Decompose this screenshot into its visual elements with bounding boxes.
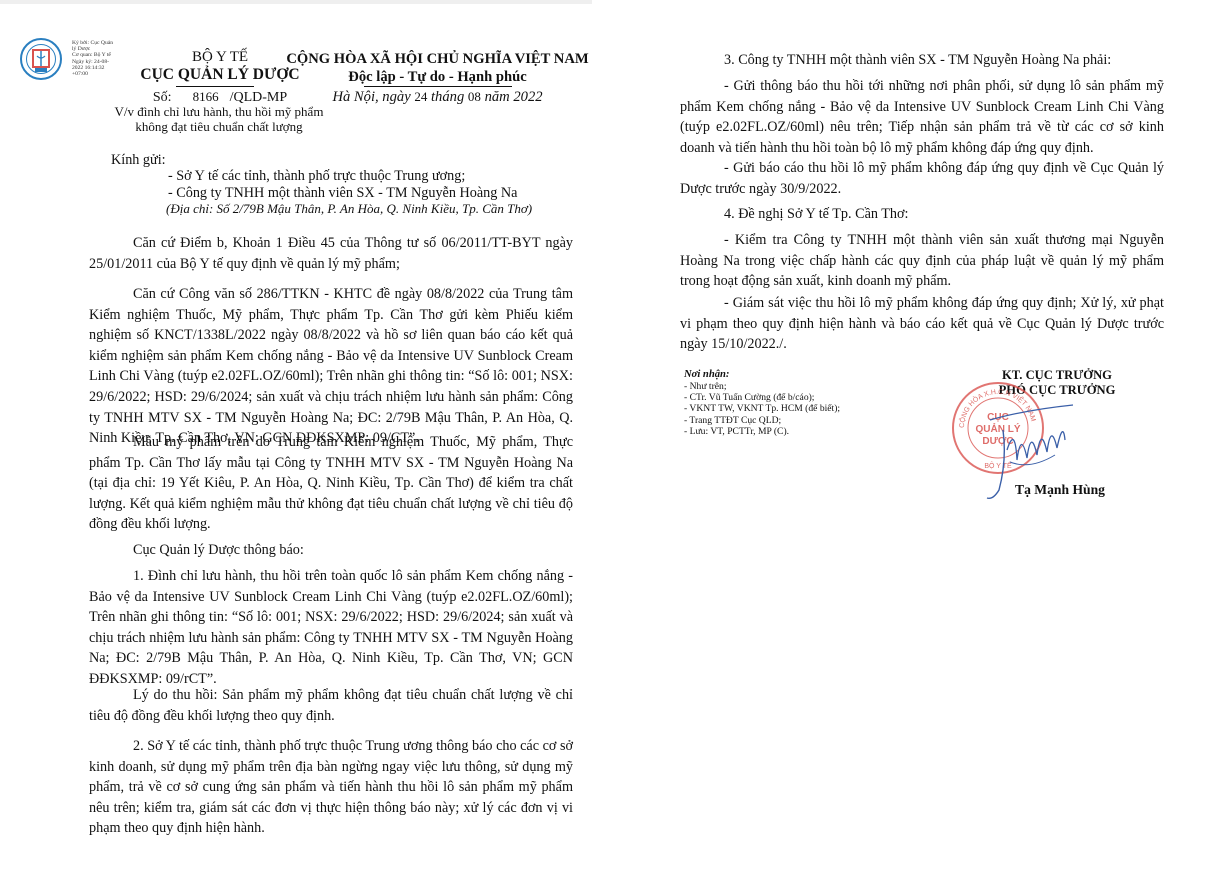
distribution-list: Nơi nhận: - Như trên; - CTr. Vũ Tuấn Cườ… [684,368,840,437]
agency-logo-icon [20,38,62,80]
date-day: 24 [414,89,427,104]
body-paragraph: Lý do thu hồi: Sản phẩm mỹ phẩm không đạ… [89,685,573,726]
body-paragraph: 2. Sở Y tế các tỉnh, thành phố trực thuộ… [89,736,573,839]
issue-date: Hà Nội, ngày 24 tháng 08 năm 2022 [280,87,595,107]
body-paragraph: - Kiểm tra Công ty TNHH một thành viên s… [680,230,1164,292]
body-paragraph: 3. Công ty TNHH một thành viên SX - TM N… [680,50,1164,71]
distribution-item: - Trang TTĐT Cục QLD; [684,415,840,426]
body-paragraph: Căn cứ Công văn số 286/TTKN - KHTC đề ng… [89,284,573,449]
distribution-item: - Lưu: VT, PCTTr, MP (C). [684,426,840,437]
distribution-item: - VKNT TW, VKNT Tp. HCM (để biết); [684,403,840,414]
distribution-label: Nơi nhận: [684,368,840,381]
distribution-item: - CTr. Vũ Tuấn Cường (để b/cáo); [684,392,840,403]
motto: Độc lập - Tự do - Hạnh phúc [280,68,595,86]
subject-line: không đạt tiêu chuẩn chất lượng [94,119,344,134]
body-paragraph: - Giám sát việc thu hồi lô mỹ phẩm không… [680,293,1164,355]
body-paragraph: 4. Đề nghị Sở Y tế Tp. Cần Thơ: [680,204,1164,225]
recipient-address: (Địa chỉ: Số 2/79B Mậu Thân, P. An Hòa, … [166,201,532,217]
body-paragraph: - Gửi báo cáo thu hồi lô mỹ phẩm không đ… [680,158,1164,199]
department-underline [176,86,254,87]
signer-name: Tạ Mạnh Hùng [990,482,1130,498]
recipients-label: Kính gửi: [111,150,166,170]
document-subject: V/v đình chỉ lưu hành, thu hồi mỹ phẩm k… [94,104,344,134]
date-prefix: Hà Nội, ngày [332,89,410,105]
nation-title: CỘNG HÒA XÃ HỘI CHỦ NGHĨA VIỆT NAM [280,50,595,68]
date-year: năm 2022 [485,89,543,105]
body-paragraph: - Gửi thông báo thu hồi tới những nơi ph… [680,76,1164,158]
body-paragraph: Mẫu mỹ phẩm trên do Trung tâm Kiểm nghiệ… [89,432,573,535]
date-month: 08 [468,89,481,104]
body-paragraph: Căn cứ Điểm b, Khoản 1 Điều 45 của Thông… [89,233,573,274]
body-paragraph: 1. Đình chỉ lưu hành, thu hồi trên toàn … [89,566,573,690]
distribution-item: - Như trên; [684,381,840,392]
page-edge [0,0,592,4]
body-paragraph: Cục Quản lý Dược thông báo: [89,540,573,561]
date-month-label: tháng [431,89,464,105]
recipient-item: - Công ty TNHH một thành viên SX - TM Ng… [168,183,517,203]
